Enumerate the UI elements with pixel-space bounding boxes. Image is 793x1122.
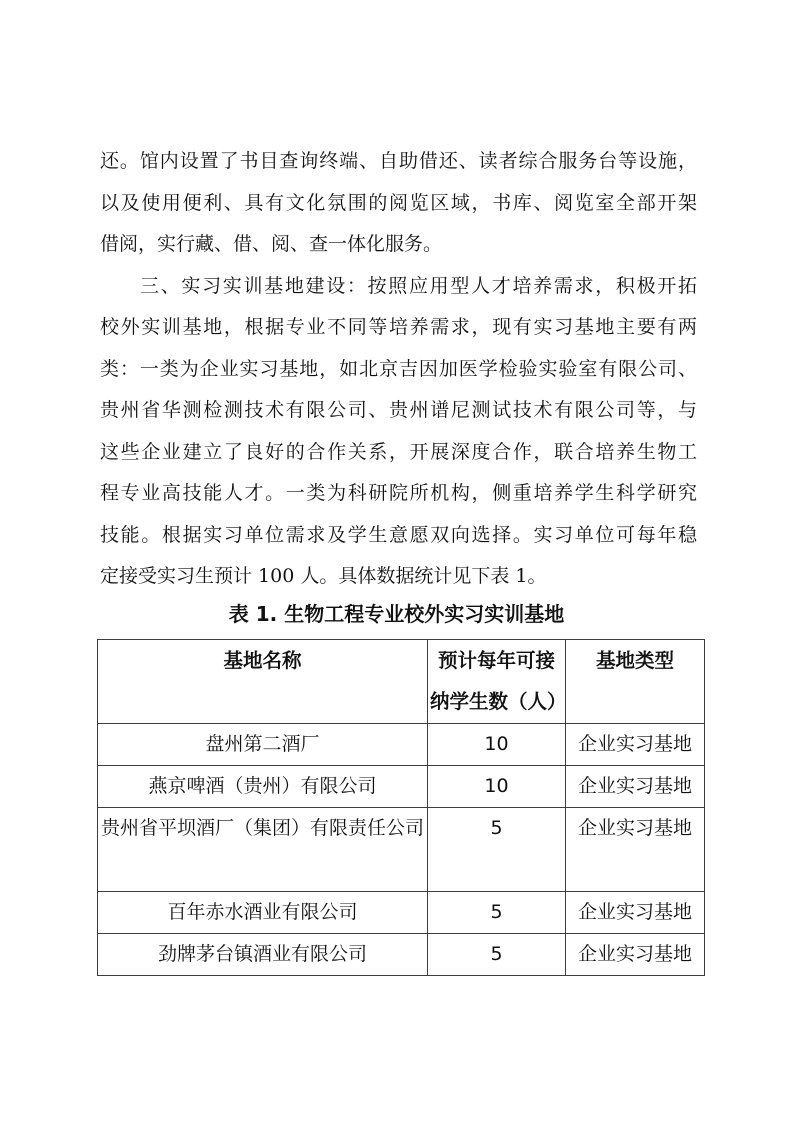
internship-base-table: 基地名称 预计每年可接 纳学生数（人） 基地类型 盘州第二酒厂 10 企业实习基…: [97, 639, 705, 976]
cell-base-type: 企业实习基地: [566, 892, 705, 934]
table-caption: 表 1. 生物工程专业校外实习实训基地: [0, 601, 793, 627]
text-line: 以及使用便利、具有文化氛围的阅览区域，书库、阅览室全部开架: [100, 183, 697, 225]
table-body: 盘州第二酒厂 10 企业实习基地 燕京啤酒（贵州）有限公司 10 企业实习基地 …: [98, 724, 705, 976]
table-row: 劲牌茅台镇酒业有限公司 5 企业实习基地: [98, 934, 705, 976]
column-header-students-line2: 纳学生数（人）: [430, 681, 563, 722]
table-row: 燕京啤酒（贵州）有限公司 10 企业实习基地: [98, 766, 705, 808]
cell-base-type: 企业实习基地: [566, 808, 705, 892]
text-line: 技能。根据实习单位需求及学生意愿双向选择。实习单位可每年稳: [100, 515, 697, 557]
cell-base-name: 劲牌茅台镇酒业有限公司: [98, 934, 428, 976]
cell-students: 10: [428, 766, 566, 808]
table-row: 贵州省平坝酒厂（集团）有限责任公司 5 企业实习基地: [98, 808, 705, 892]
text-line: 三、实习实训基地建设：按照应用型人才培养需求，积极开拓: [100, 266, 697, 308]
text-line: 程专业高技能人才。一类为科研院所机构，侧重培养学生科学研究: [100, 473, 697, 515]
text-line: 还。馆内设置了书目查询终端、自助借还、读者综合服务台等设施，: [100, 141, 697, 183]
body-paragraphs: 还。馆内设置了书目查询终端、自助借还、读者综合服务台等设施， 以及使用便利、具有…: [100, 141, 697, 598]
cell-base-type: 企业实习基地: [566, 766, 705, 808]
cell-base-name: 盘州第二酒厂: [98, 724, 428, 766]
cell-students: 10: [428, 724, 566, 766]
table-row: 盘州第二酒厂 10 企业实习基地: [98, 724, 705, 766]
column-header-base-name: 基地名称: [98, 640, 428, 724]
text-line: 定接受实习生预计 100 人。具体数据统计见下表 1。: [100, 556, 697, 598]
text-line: 类：一类为企业实习基地，如北京吉因加医学检验实验室有限公司、: [100, 349, 697, 391]
text-line: 借阅，实行藏、借、阅、查一体化服务。: [100, 224, 697, 266]
document-page: 还。馆内设置了书目查询终端、自助借还、读者综合服务台等设施， 以及使用便利、具有…: [0, 0, 793, 1122]
text-line: 贵州省华测检测技术有限公司、贵州谱尼测试技术有限公司等，与: [100, 390, 697, 432]
cell-students: 5: [428, 892, 566, 934]
cell-students: 5: [428, 808, 566, 892]
column-header-students-line1: 预计每年可接: [430, 640, 563, 681]
cell-base-name: 百年赤水酒业有限公司: [98, 892, 428, 934]
table-row: 百年赤水酒业有限公司 5 企业实习基地: [98, 892, 705, 934]
column-header-students: 预计每年可接 纳学生数（人）: [428, 640, 566, 724]
text-line: 校外实训基地，根据专业不同等培养需求，现有实习基地主要有两: [100, 307, 697, 349]
table-header: 基地名称 预计每年可接 纳学生数（人） 基地类型: [98, 640, 705, 724]
cell-base-type: 企业实习基地: [566, 934, 705, 976]
table-header-row: 基地名称 预计每年可接 纳学生数（人） 基地类型: [98, 640, 705, 724]
cell-base-name: 燕京啤酒（贵州）有限公司: [98, 766, 428, 808]
cell-base-type: 企业实习基地: [566, 724, 705, 766]
text-line: 这些企业建立了良好的合作关系，开展深度合作，联合培养生物工: [100, 432, 697, 474]
column-header-base-type: 基地类型: [566, 640, 705, 724]
cell-base-name: 贵州省平坝酒厂（集团）有限责任公司: [98, 808, 428, 892]
cell-students: 5: [428, 934, 566, 976]
